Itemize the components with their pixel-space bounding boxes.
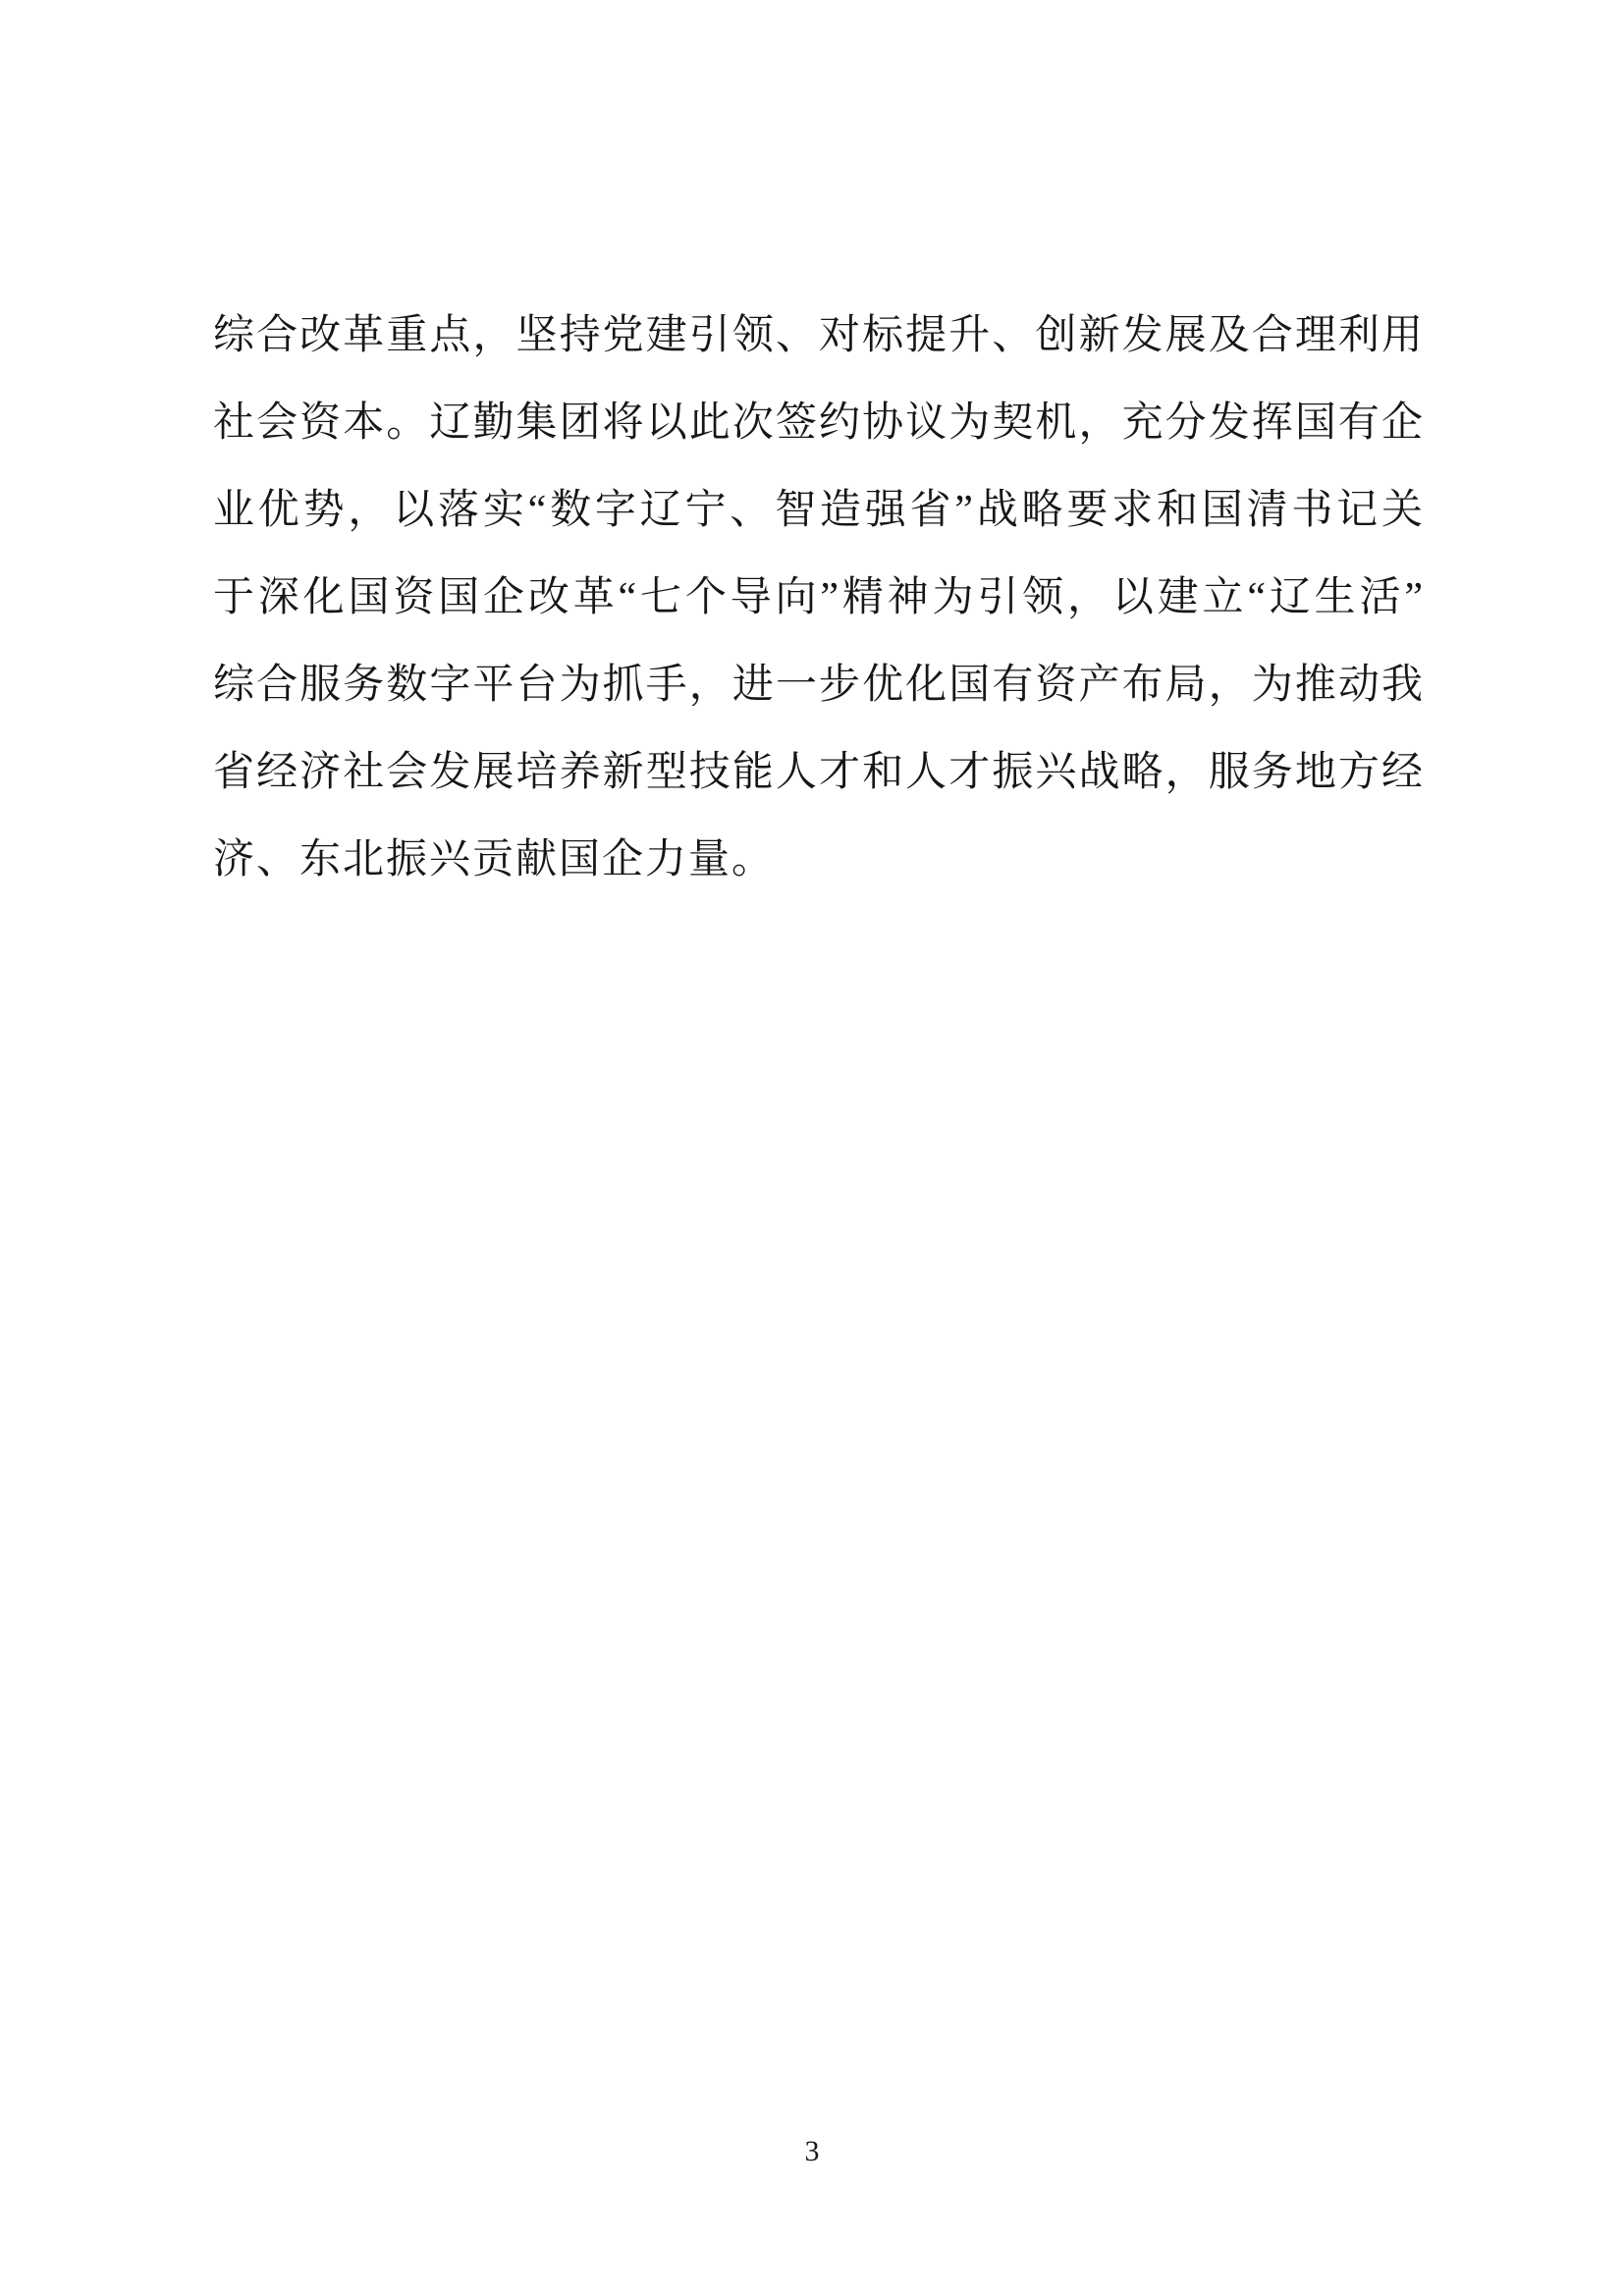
text-line-4: 于深化国资国企改革“七个导向”精神为引领，以建立“辽生活” bbox=[213, 555, 1423, 642]
body-text-block: 综合改革重点，坚持党建引领、对标提升、创新发展及合理利用 社会资本。辽勤集团将以… bbox=[213, 293, 1423, 904]
text-line-6: 省经济社会发展培养新型技能人才和人才振兴战略，服务地方经 bbox=[213, 729, 1423, 817]
text-line-2: 社会资本。辽勤集团将以此次签约协议为契机，充分发挥国有企 bbox=[213, 380, 1423, 467]
text-line-1: 综合改革重点，坚持党建引领、对标提升、创新发展及合理利用 bbox=[213, 293, 1423, 380]
page-footer: 3 bbox=[0, 2132, 1624, 2171]
text-line-5: 综合服务数字平台为抓手，进一步优化国有资产布局，为推动我 bbox=[213, 642, 1423, 729]
document-page: 综合改革重点，坚持党建引领、对标提升、创新发展及合理利用 社会资本。辽勤集团将以… bbox=[0, 0, 1624, 2296]
text-line-7: 济、东北振兴贡献国企力量。 bbox=[213, 817, 1423, 904]
text-line-3: 业优势，以落实“数字辽宁、智造强省”战略要求和国清书记关 bbox=[213, 467, 1423, 555]
page-number: 3 bbox=[805, 2135, 820, 2167]
